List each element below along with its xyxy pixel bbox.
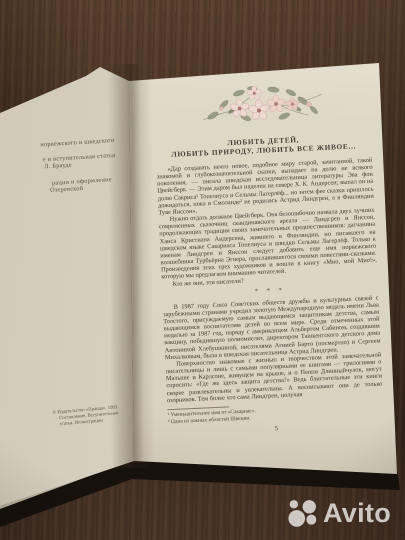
avito-watermark-text: Avito	[323, 500, 391, 527]
body-text: «Дар создавать нечто новое, подобное мир…	[156, 157, 383, 404]
blossoms	[218, 83, 312, 122]
avito-logo-icon	[288, 498, 318, 528]
right-page-content: ЛЮБИТЬ ДЕТЕЙ, ЛЮБИТЬ ПРИРОДУ, ЛЮБИТЬ ВСЕ…	[143, 61, 395, 438]
chapter-heading: ЛЮБИТЬ ДЕТЕЙ, ЛЮБИТЬ ПРИРОДУ, ЛЮБИТЬ ВСЕ…	[155, 132, 372, 160]
left-page-credits: норвежского и шведского е и вступительна…	[0, 137, 117, 201]
paragraph: В 1987 году Союз Советских обществ дружб…	[163, 294, 381, 361]
paragraph: Нужно отдать должное Цвейгберк. Она безо…	[159, 207, 378, 281]
flower-illustration	[186, 74, 336, 133]
avito-watermark: Avito	[288, 498, 391, 528]
paragraph: Поверхностно знакомые с жизнью и творчес…	[165, 351, 383, 404]
